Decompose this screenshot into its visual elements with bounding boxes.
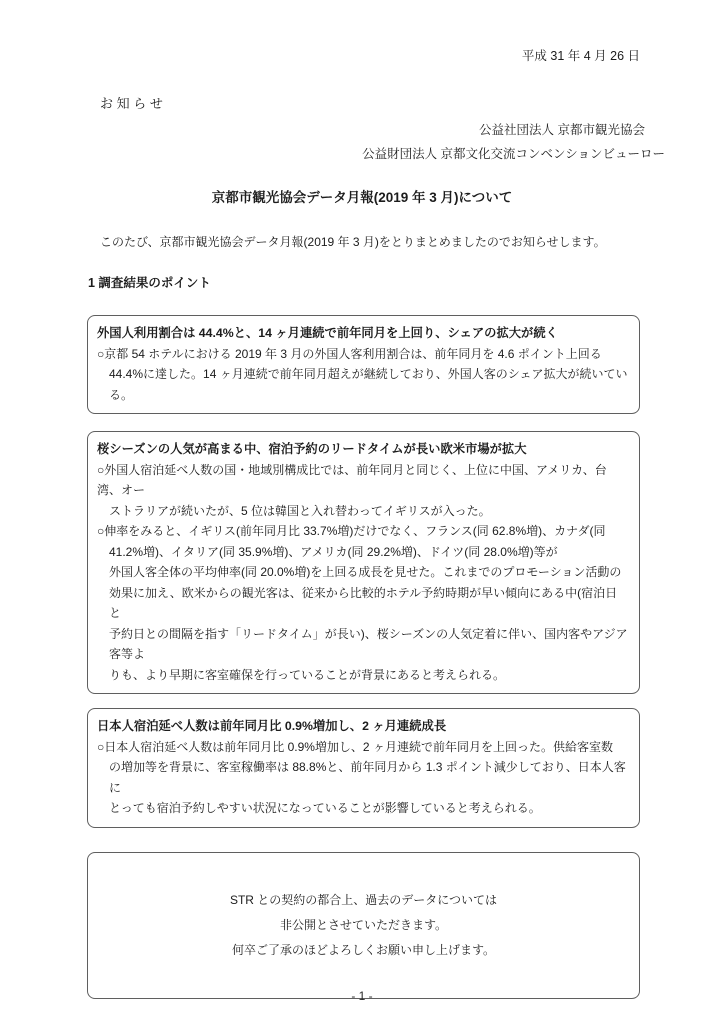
box-2-body-line: ストラリアが続いたが、5 位は韓国と入れ替わってイギリスが入った。 [97,501,629,522]
highlight-box-western-market-growth: 桜シーズンの人気が高まる中、宿泊予約のリードタイムが長い欧米市場が拡大 ○外国人… [87,431,640,694]
box-3-body-line: の増加等を背景に、客室稼働率は 88.8%と、前年同月から 1.3 ポイント減少… [97,757,629,798]
intro-paragraph: このたび、京都市観光協会データ月報(2019 年 3 月)をとりまとめましたので… [88,234,664,251]
document-date: 平成 31 年 4 月 26 日 [0,48,640,64]
box-2-body-line: 効果に加え、欧米からの観光客は、従来から比較的ホテル予約時期が早い傾向にある中(… [97,583,629,624]
announcement-label: お 知 ら せ [100,96,724,112]
box-3-body-line: とっても宿泊予約しやすい状況になっていることが影響していると考えられる。 [97,798,629,819]
str-disclosure-notice-box: STR との契約の都合上、過去のデータについては 非公開とさせていただきます。 … [87,852,640,999]
box-2-header: 桜シーズンの人気が高まる中、宿泊予約のリードタイムが長い欧米市場が拡大 [97,439,629,460]
section-1-heading: 1 調査結果のポイント [88,275,724,291]
box-2-body-line: ○伸率をみると、イギリス(前年同月比 33.7%増)だけでなく、フランス(同 6… [97,521,629,542]
box-1-header: 外国人利用割合は 44.4%と、14 ヶ月連続で前年同月を上回り、シェアの拡大が… [97,323,629,344]
org-name-kyoto-tourism-association: 公益社団法人 京都市観光協会 [0,122,645,138]
box-1-body-line: 44.4%に達した。14 ヶ月連続で前年同月超えが継続しており、外国人客のシェア… [97,364,629,405]
box-3-header: 日本人宿泊延べ人数は前年同月比 0.9%増加し、2 ヶ月連続成長 [97,716,629,737]
document-page: 平成 31 年 4 月 26 日 お 知 ら せ 公益社団法人 京都市観光協会 … [0,0,724,1024]
page-title: 京都市観光協会データ月報(2019 年 3 月)について [0,188,724,208]
box-2-body-line: 41.2%増)、イタリア(同 35.9%増)、アメリカ(同 29.2%増)、ドイ… [97,542,629,563]
box-2-body-line: りも、より早期に客室確保を行っていることが背景にあると考えられる。 [97,665,629,686]
box-3-body-line: ○日本人宿泊延べ人数は前年同月比 0.9%増加し、2 ヶ月連続で前年同月を上回っ… [97,737,629,758]
notice-line: 非公開とさせていただきます。 [280,913,447,938]
box-2-body-line: 予約日との間隔を指す「リードタイム」が長い)、桜シーズンの人気定着に伴い、国内客… [97,624,629,665]
org-name-convention-bureau: 公益財団法人 京都文化交流コンベンションビューロー [0,146,665,162]
box-2-body-line: ○外国人宿泊延べ人数の国・地域別構成比では、前年同月と同じく、上位に中国、アメリ… [97,460,629,501]
notice-line: 何卒ご了承のほどよろしくお願い申し上げます。 [232,938,495,963]
highlight-box-japanese-guest-nights: 日本人宿泊延べ人数は前年同月比 0.9%増加し、2 ヶ月連続成長 ○日本人宿泊延… [87,708,640,828]
highlight-box-foreign-guest-share: 外国人利用割合は 44.4%と、14 ヶ月連続で前年同月を上回り、シェアの拡大が… [87,315,640,414]
box-1-body-line: ○京都 54 ホテルにおける 2019 年 3 月の外国人客利用割合は、前年同月… [97,344,629,365]
notice-line: STR との契約の都合上、過去のデータについては [230,888,497,913]
page-number: - 1 - [0,987,724,1006]
box-2-body-line: 外国人客全体の平均伸率(同 20.0%増)を上回る成長を見せた。これまでのプロモ… [97,562,629,583]
